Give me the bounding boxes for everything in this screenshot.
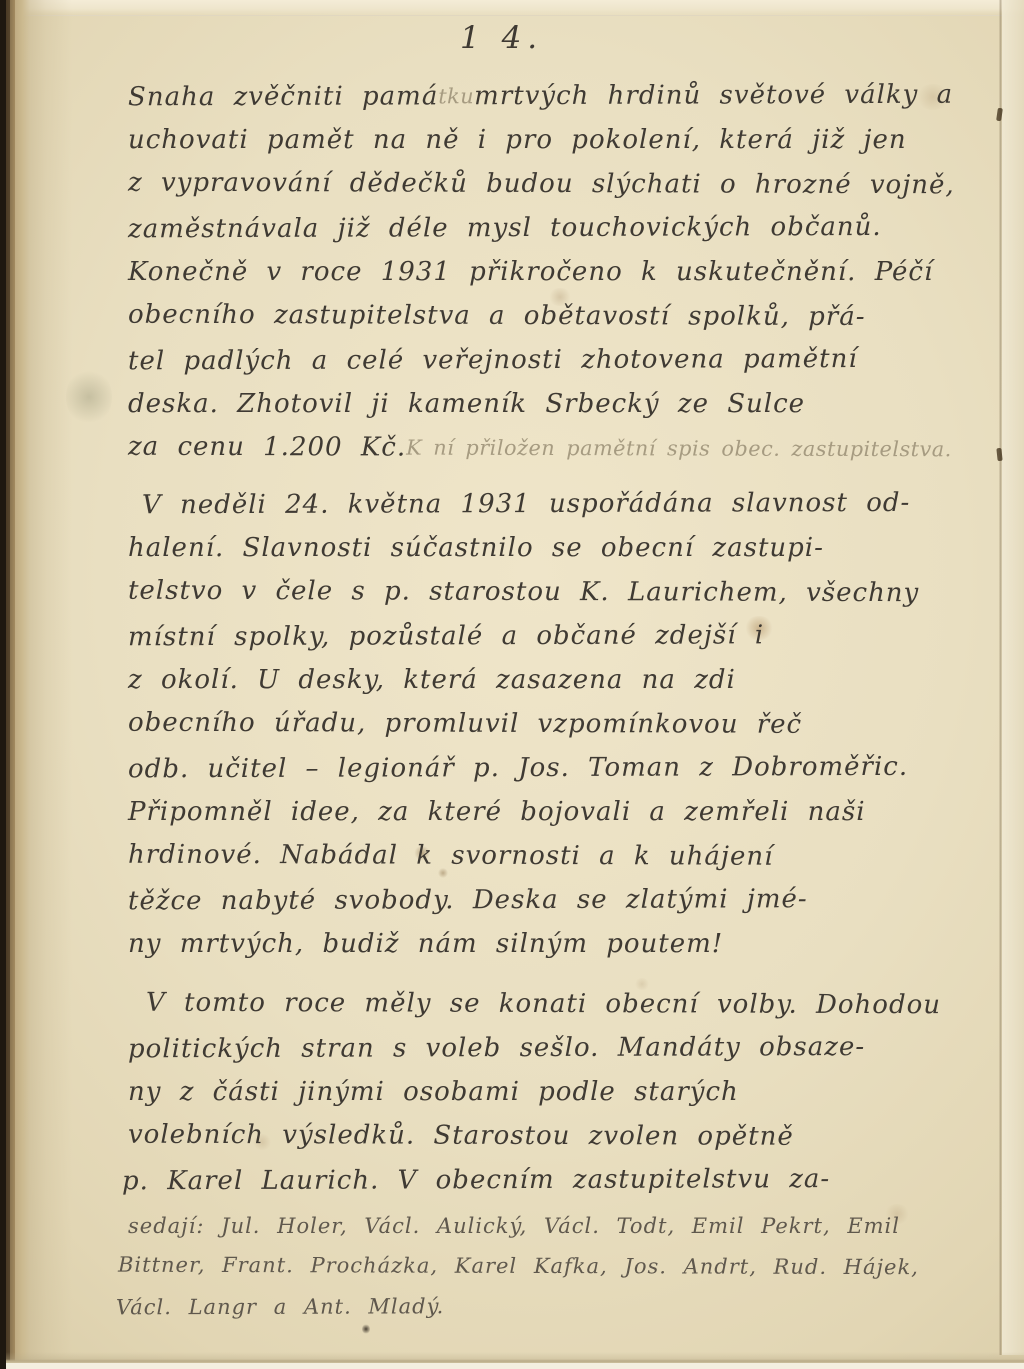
page-top-edge bbox=[6, 0, 1024, 16]
ink-text-segment: mrtvých hrdinů světové války a bbox=[474, 80, 953, 112]
ink-text-segment: odb. učitel – legionář p. Jos. Toman z D… bbox=[128, 752, 908, 784]
stain-spot bbox=[66, 368, 112, 426]
manuscript-line: zaměstnávala již déle mysl touchovických… bbox=[128, 205, 956, 252]
ink-text-segment: z vypravování dědečků budou slýchati o h… bbox=[128, 168, 955, 201]
pencil-text-segment: K ní přiložen pamětní spis obec. zastupi… bbox=[406, 436, 952, 462]
manuscript-line: deska. Zhotovil ji kameník Srbecký ze Su… bbox=[128, 382, 956, 426]
manuscript-line: Bittner, Frant. Procházka, Karel Kafka, … bbox=[118, 1245, 956, 1288]
ink-text-segment: uchovati pamět na ně i pro pokolení, kte… bbox=[128, 125, 907, 155]
ink-text-segment: politických stran s voleb sešlo. Mandáty… bbox=[128, 1032, 865, 1064]
ink-text-segment: Bittner, Frant. Procházka, Karel Kafka, … bbox=[118, 1253, 919, 1280]
manuscript-line: ny z části jinými osobami podle starých bbox=[128, 1070, 956, 1114]
ink-text-segment: místní spolky, pozůstalé a občané zdejší… bbox=[128, 620, 764, 652]
ink-text-segment: hrdinové. Nabádal k svornosti a k uhájen… bbox=[128, 840, 774, 872]
manuscript-line: V neděli 24. května 1931 uspořádána slav… bbox=[142, 481, 956, 528]
ink-text-segment: V tomto roce měly se konati obecní volby… bbox=[146, 988, 941, 1020]
page-number: 1 4. bbox=[460, 20, 543, 56]
ink-text-segment: telstvo v čele s p. starostou K. Laurich… bbox=[128, 576, 919, 608]
manuscript-line: politických stran s voleb sešlo. Mandáty… bbox=[128, 1025, 956, 1072]
ink-text-segment: halení. Slavnosti súčastnilo se obecní z… bbox=[128, 533, 824, 563]
ink-text-segment: obecního zastupitelstva a obětavostí spo… bbox=[128, 300, 866, 332]
ink-text-segment: p. Karel Laurich. V obecním zastupitelst… bbox=[122, 1164, 830, 1196]
ink-text-segment: Konečně v roce 1931 přikročeno k uskuteč… bbox=[128, 257, 933, 287]
manuscript-line: obecního úřadu, promluvil vzpomínkovou ř… bbox=[128, 701, 956, 748]
ink-text-segment: Snaha zvěčniti pamá bbox=[128, 81, 438, 112]
ink-text-segment: volebních výsledků. Starostou zvolen opě… bbox=[128, 1120, 794, 1152]
manuscript-line: volebních výsledků. Starostou zvolen opě… bbox=[128, 1113, 956, 1160]
manuscript-line: ny mrtvých, budiž nám silným poutem! bbox=[128, 922, 956, 966]
ink-text-segment: ny mrtvých, budiž nám silným poutem! bbox=[128, 929, 723, 959]
manuscript-line: těžce nabyté svobody. Deska se zlatými j… bbox=[128, 877, 956, 924]
scanned-chronicle-page: 1 4. Snaha zvěčniti památku mrtvých hrdi… bbox=[0, 0, 1024, 1369]
manuscript-line: obecního zastupitelstva a obětavostí spo… bbox=[128, 293, 956, 340]
ink-text-segment: tel padlých a celé veřejnosti zhotovena … bbox=[128, 344, 858, 376]
ink-text-segment: V neděli 24. května 1931 uspořádána slav… bbox=[142, 488, 910, 520]
manuscript-line: z okolí. U desky, která zasazena na zdi bbox=[128, 658, 956, 702]
ink-text-segment: sedají: Jul. Holer, Václ. Aulický, Václ.… bbox=[128, 1214, 900, 1238]
ink-text-segment: těžce nabyté svobody. Deska se zlatými j… bbox=[128, 884, 808, 916]
manuscript-line: Konečně v roce 1931 přikročeno k uskuteč… bbox=[128, 250, 956, 294]
manuscript-line: p. Karel Laurich. V obecním zastupitelst… bbox=[122, 1157, 956, 1204]
book-binding-edge bbox=[0, 0, 72, 1369]
ink-text-segment: za cenu 1.200 Kč. bbox=[128, 432, 406, 463]
ink-text-segment: obecního úřadu, promluvil vzpomínkovou ř… bbox=[128, 708, 802, 740]
ink-text-segment: Připomněl idee, za které bojovali a zemř… bbox=[128, 797, 866, 827]
manuscript-line: z vypravování dědečků budou slýchati o h… bbox=[128, 161, 956, 208]
manuscript-line: místní spolky, pozůstalé a občané zdejší… bbox=[128, 613, 956, 660]
manuscript-line: Snaha zvěčniti památku mrtvých hrdinů sv… bbox=[128, 73, 956, 120]
manuscript-line: uchovati pamět na ně i pro pokolení, kte… bbox=[128, 118, 956, 162]
page-bottom-edge bbox=[6, 1352, 1024, 1369]
ink-text-segment: zaměstnávala již déle mysl touchovických… bbox=[128, 212, 882, 244]
manuscript-line: odb. učitel – legionář p. Jos. Toman z D… bbox=[128, 745, 956, 792]
ink-text-segment: Václ. Langr a Ant. Mladý. bbox=[116, 1294, 444, 1319]
manuscript-text: Snaha zvěčniti památku mrtvých hrdinů sv… bbox=[128, 74, 956, 1326]
manuscript-line: Václ. Langr a Ant. Mladý. bbox=[116, 1285, 956, 1328]
manuscript-line: tel padlých a celé veřejnosti zhotovena … bbox=[128, 337, 956, 384]
ink-text-segment: ny z části jinými osobami podle starých bbox=[128, 1077, 739, 1107]
manuscript-line: halení. Slavnosti súčastnilo se obecní z… bbox=[128, 526, 956, 570]
next-page-edge bbox=[1002, 0, 1024, 1355]
manuscript-line: za cenu 1.200 Kč. K ní přiložen pamětní … bbox=[128, 425, 956, 472]
manuscript-line: V tomto roce měly se konati obecní volby… bbox=[146, 981, 956, 1028]
manuscript-line: hrdinové. Nabádal k svornosti a k uhájen… bbox=[128, 833, 956, 880]
pencil-text-segment: tku bbox=[438, 84, 474, 108]
manuscript-line: telstvo v čele s p. starostou K. Laurich… bbox=[128, 569, 956, 616]
manuscript-line: sedají: Jul. Holer, Václ. Aulický, Václ.… bbox=[128, 1206, 956, 1246]
manuscript-line: Připomněl idee, za které bojovali a zemř… bbox=[128, 790, 956, 834]
ink-text-segment: deska. Zhotovil ji kameník Srbecký ze Su… bbox=[128, 389, 805, 419]
ink-text-segment: z okolí. U desky, která zasazena na zdi bbox=[128, 665, 736, 695]
